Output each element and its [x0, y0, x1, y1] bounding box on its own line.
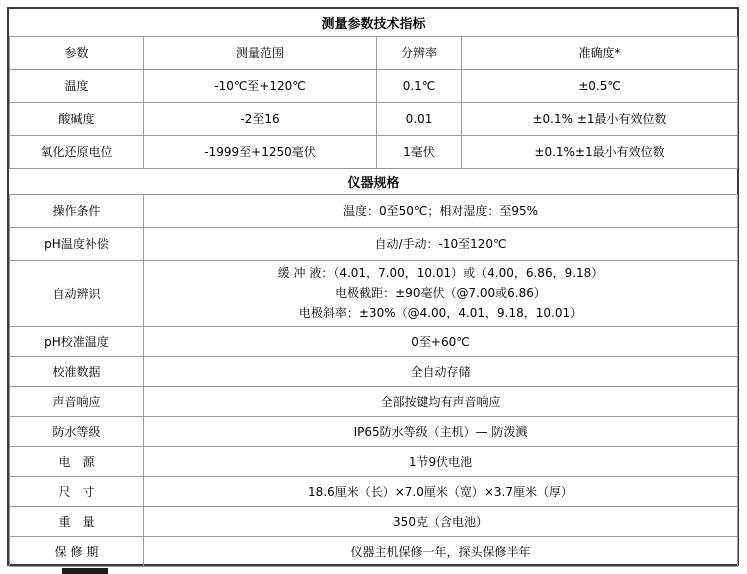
- section-title: 仪器规格: [10, 168, 738, 194]
- spec-label-cell: 校准数据: [10, 356, 144, 386]
- spec-label-cell: 重 量: [10, 506, 144, 536]
- col-header-param: 参数: [10, 36, 144, 69]
- spec-value-line: 电极斜率：±30%（@4.00，4.01，9.18，10.01）: [148, 303, 733, 323]
- spec-label-cell: 防水等级: [10, 416, 144, 446]
- table-row: 保 修 期仪器主机保修一年，探头保修半年: [10, 536, 738, 566]
- spec-value-cell: 0至+60℃: [144, 326, 738, 356]
- spec-value-cell: 全自动存储: [144, 356, 738, 386]
- spec-table: 测量参数技术指标 参数 测量范围 分辨率 准确度* 温度-10℃至+120℃0.…: [9, 9, 738, 567]
- spec-value-cell: 自动/手动：-10至120℃: [144, 227, 738, 260]
- table-row: 防水等级IP65防水等级（主机）— 防泼溅: [10, 416, 738, 446]
- spec-value-line: 电极截距：±90毫伏（@7.00或6.86）: [148, 283, 733, 303]
- col-header-accuracy: 准确度*: [462, 36, 738, 69]
- spec-label-cell: 电 源: [10, 446, 144, 476]
- spec-value-cell: IP65防水等级（主机）— 防泼溅: [144, 416, 738, 446]
- table-row: pH温度补偿自动/手动：-10至120℃: [10, 227, 738, 260]
- spec-label-cell: 尺 寸: [10, 476, 144, 506]
- range-cell: -1999至+1250毫伏: [144, 135, 377, 168]
- table-row: 校准数据全自动存储: [10, 356, 738, 386]
- table-row: 氧化还原电位-1999至+1250毫伏1毫伏±0.1%±1最小有效位数: [10, 135, 738, 168]
- spec-value-cell: 缓 冲 液：（4.01，7.00，10.01）或（4.00，6.86，9.18）…: [144, 260, 738, 326]
- accuracy-cell: ±0.1%±1最小有效位数: [462, 135, 738, 168]
- resolution-cell: 0.01: [377, 102, 462, 135]
- spec-value-cell: 350克（含电池）: [144, 506, 738, 536]
- spec-value-cell: 仪器主机保修一年，探头保修半年: [144, 536, 738, 566]
- table-row: 声音响应全部按键均有声音响应: [10, 386, 738, 416]
- col-header-range: 测量范围: [144, 36, 377, 69]
- table-row: 酸碱度-2至160.01±0.1% ±1最小有效位数: [10, 102, 738, 135]
- col-header-resolution: 分辨率: [377, 36, 462, 69]
- param-cell: 氧化还原电位: [10, 135, 144, 168]
- table-title: 测量参数技术指标: [10, 9, 738, 36]
- spec-value-line: 缓 冲 液：（4.01，7.00，10.01）或（4.00，6.86，9.18）: [148, 263, 733, 283]
- range-cell: -10℃至+120℃: [144, 69, 377, 102]
- spec-label-cell: pH校准温度: [10, 326, 144, 356]
- spec-value-cell: 温度：0至50℃；相对湿度：至95%: [144, 194, 738, 227]
- table-row: 温度-10℃至+120℃0.1℃±0.5℃: [10, 69, 738, 102]
- resolution-cell: 0.1℃: [377, 69, 462, 102]
- table-row: 自动辨识缓 冲 液：（4.01，7.00，10.01）或（4.00，6.86，9…: [10, 260, 738, 326]
- measurement-rows: 温度-10℃至+120℃0.1℃±0.5℃酸碱度-2至160.01±0.1% ±…: [10, 69, 738, 168]
- table-row: 尺 寸18.6厘米（长）×7.0厘米（宽）×3.7厘米（厚）: [10, 476, 738, 506]
- accuracy-cell: ±0.1% ±1最小有效位数: [462, 102, 738, 135]
- param-cell: 温度: [10, 69, 144, 102]
- spec-label-cell: 操作条件: [10, 194, 144, 227]
- table-row: 重 量350克（含电池）: [10, 506, 738, 536]
- resolution-cell: 1毫伏: [377, 135, 462, 168]
- table-row: 操作条件温度：0至50℃；相对湿度：至95%: [10, 194, 738, 227]
- spec-label-cell: 声音响应: [10, 386, 144, 416]
- spec-value-cell: 18.6厘米（长）×7.0厘米（宽）×3.7厘米（厚）: [144, 476, 738, 506]
- accuracy-cell: ±0.5℃: [462, 69, 738, 102]
- range-cell: -2至16: [144, 102, 377, 135]
- table-row: 电 源1节9伏电池: [10, 446, 738, 476]
- cutoff-text-artifact: [62, 568, 108, 574]
- spec-table-frame: 测量参数技术指标 参数 测量范围 分辨率 准确度* 温度-10℃至+120℃0.…: [7, 7, 739, 566]
- spec-label-cell: 保 修 期: [10, 536, 144, 566]
- table-row: pH校准温度0至+60℃: [10, 326, 738, 356]
- spec-rows: 操作条件温度：0至50℃；相对湿度：至95%pH温度补偿自动/手动：-10至12…: [10, 194, 738, 566]
- spec-value-cell: 全部按键均有声音响应: [144, 386, 738, 416]
- spec-value-cell: 1节9伏电池: [144, 446, 738, 476]
- spec-label-cell: pH温度补偿: [10, 227, 144, 260]
- param-cell: 酸碱度: [10, 102, 144, 135]
- spec-label-cell: 自动辨识: [10, 260, 144, 326]
- header-row: 参数 测量范围 分辨率 准确度*: [10, 36, 738, 69]
